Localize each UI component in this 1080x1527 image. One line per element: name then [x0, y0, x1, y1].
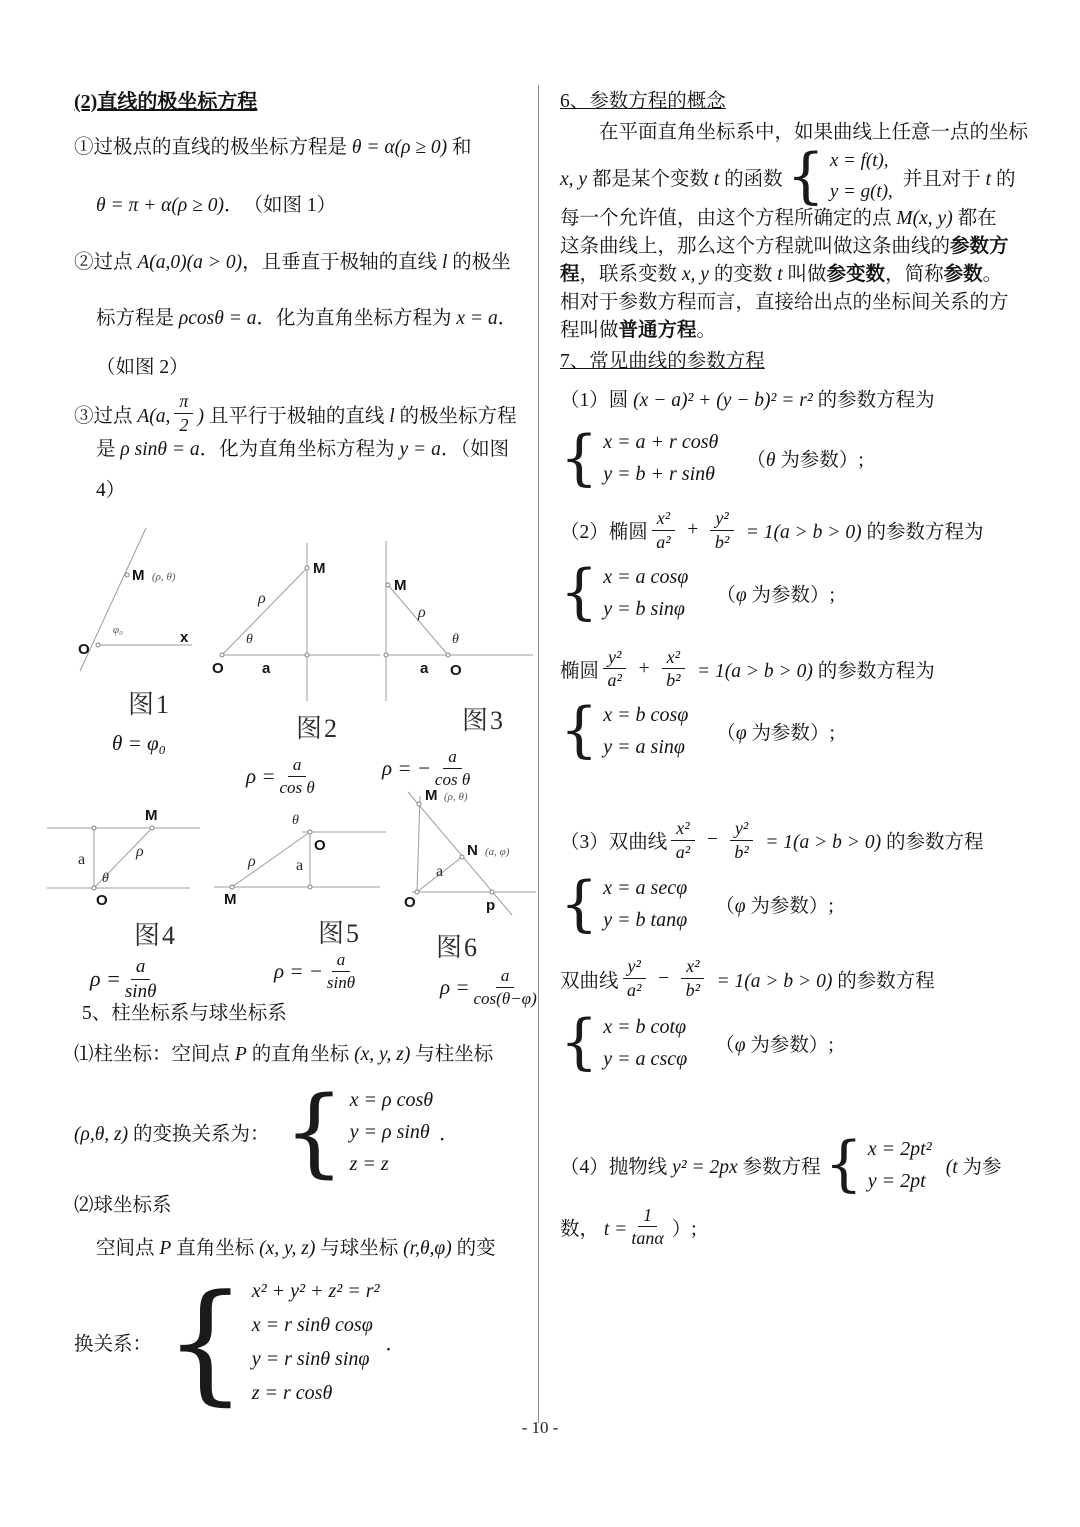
cases-group: { x² + y² + z² = r²x = r sinθ cosφy = r …	[164, 1274, 380, 1410]
fraction: y² b²	[730, 818, 753, 862]
para-line: 标方程是 ρcosθ = a．化为直角坐标方程为 x = a．	[74, 307, 536, 332]
theta-label: θ	[102, 871, 109, 886]
left-brace: {	[560, 568, 598, 617]
para-line: 相对于参数方程而言，直接给出点的坐标间关系的方	[560, 291, 1046, 319]
cases-group: { x = b cotφy = a cscφ	[560, 1011, 687, 1075]
distance-label: a	[436, 863, 443, 880]
left-column: (2)直线的极坐标方程 ①过极点的直线的极坐标方程是 θ = α(ρ ≥ 0) …	[74, 90, 536, 504]
formula-lhs: ρ =	[90, 966, 121, 992]
item-1-line: （1）圆 (x − a)² + (y − b)² = r² 的参数方程为	[560, 389, 1046, 414]
origin-label: O	[404, 894, 416, 911]
formula-lhs: ρ =	[246, 764, 276, 789]
origin-label: O	[450, 662, 462, 679]
rho-label: ρ	[257, 590, 266, 607]
cylindrical-equations: (ρ,θ, z) 的变换关系为： { x = ρ cosθy = ρ sinθz…	[74, 1084, 540, 1180]
item-3b-cases: { x = b cotφy = a cscφ （φ 为参数）;	[560, 1011, 1046, 1075]
para-block: 每一个允许值，由这个方程所确定的点 M(x, y) 都在 这条曲线上，那么这个方…	[560, 207, 1046, 347]
fraction-numerator: y²	[730, 818, 753, 841]
fraction: x² b²	[662, 647, 685, 691]
figure-caption: 图5	[318, 913, 394, 950]
formula-text: θ = φ₀	[112, 731, 166, 756]
para-line: θ = π + α(ρ ≥ 0)． （如图 1）	[74, 194, 536, 219]
fraction: y² a²	[603, 647, 626, 691]
cases-group: { x = a + r cosθy = b + r sinθ	[560, 426, 718, 490]
equation-rows: x = a secφy = b tanφ	[603, 872, 687, 936]
run-group: （3）双曲线	[560, 826, 667, 854]
para-line: （如图 2）	[74, 356, 536, 381]
para-line: 程，联系变数 x, y 的变数 t 叫做参变数，简称参数。	[560, 263, 1046, 291]
coords-label: (ρ, θ)	[152, 571, 176, 583]
rho-label: ρ	[135, 843, 144, 860]
fraction-numerator: a	[443, 747, 462, 769]
run-group: 数， t =	[560, 1213, 627, 1241]
coords-label: (a, φ)	[485, 846, 510, 858]
run-group: = 1(a > b > 0) 的参数方程	[716, 965, 934, 993]
fraction: y² b²	[710, 508, 733, 552]
fraction-denominator: 2	[179, 414, 188, 436]
fraction: x² b²	[681, 956, 704, 1000]
origin-label: O	[78, 641, 90, 658]
parameter-note: （φ 为参数）;	[716, 717, 835, 745]
para-line: 4）	[74, 479, 536, 504]
left-brace: {	[164, 1289, 247, 1396]
figure-5: θ O ρ a M 图5 ρ = − a sinθ	[212, 790, 394, 992]
item-3-line: （3）双曲线 x² a² − y² b² = 1(a > b > 0) 的参数方…	[560, 818, 1046, 862]
para-line-with-fraction: ③过点 A(a, π 2 ) 且平行于极轴的直线 l 的极坐标方程	[74, 391, 536, 435]
section-6-heading: 6、参数方程的概念	[560, 90, 1046, 115]
figure-3-diagram: M ρ θ a O	[378, 523, 543, 703]
left-column-lower: 5、柱坐标系与球坐标系 ⑴柱坐标：空间点 P 的直角坐标 (x, y, z) 与…	[74, 1002, 540, 1410]
operator: −	[706, 829, 719, 851]
fraction-denominator: a²	[676, 841, 690, 863]
run-group: = 1(a > b > 0) 的参数方程	[765, 826, 983, 854]
fraction-denominator: a²	[627, 979, 641, 1001]
equation-rows: x = ρ cosθy = ρ sinθz = z	[350, 1084, 433, 1180]
figure-4: M a ρ θ O 图4 ρ = a sinθ	[42, 790, 220, 1003]
run-group: 并且对于 t 的	[903, 163, 1016, 191]
point-label-M: M	[394, 577, 407, 594]
item-2b-line: 椭圆 y² a² + x² b² = 1(a > b > 0) 的参数方程为	[560, 647, 1046, 691]
run-group: (t 为参	[946, 1151, 1002, 1179]
fraction-denominator: a²	[656, 531, 670, 553]
item-2-line: （2）椭圆 x² a² + y² b² = 1(a > b > 0) 的参数方程…	[560, 508, 1046, 552]
document-page: (2)直线的极坐标方程 ①过极点的直线的极坐标方程是 θ = α(ρ ≥ 0) …	[0, 0, 1080, 1527]
run-group: (ρ,θ, z) 的变换关系为：	[74, 1118, 270, 1146]
cases-group: { x = a secφy = b tanφ	[560, 872, 687, 936]
figure-formula: ρ = a sinθ	[90, 956, 220, 1003]
para-line: 空间点 P 直角坐标 (x, y, z) 与球坐标 (r,θ,φ) 的变	[74, 1237, 540, 1262]
item-3b-line: 双曲线 y² a² − x² b² = 1(a > b > 0) 的参数方程	[560, 956, 1046, 1000]
page-number: - 10 -	[0, 1418, 1080, 1438]
left-brace: {	[560, 706, 598, 755]
run-group: ）;	[672, 1213, 697, 1241]
para-line: ②过点 A(a,0)(a > 0)，且垂直于极轴的直线 l 的极坐	[74, 251, 536, 276]
fraction-numerator: y²	[603, 647, 626, 670]
operator: −	[657, 968, 670, 990]
spherical-equations: 换关系： { x² + y² + z² = r²x = r sinθ cosφy…	[74, 1274, 540, 1410]
figure-6: M (ρ, θ) N (a, φ) a O p 图6 ρ = a cos(θ−φ…	[400, 782, 578, 1008]
operator: +	[686, 519, 699, 541]
item-2-cases: { x = a cosφy = b sinφ （φ 为参数）;	[560, 561, 1046, 625]
fraction-numerator: y²	[623, 956, 646, 979]
figure-4-diagram: M a ρ θ O	[42, 790, 220, 908]
left-brace: {	[825, 1140, 863, 1189]
theta-label: θ	[452, 632, 459, 647]
left-brace: {	[560, 434, 598, 483]
fraction: x² a²	[671, 818, 694, 862]
run-group: 双曲线	[560, 965, 619, 993]
fraction: x² a²	[652, 508, 675, 552]
parameter-note: （φ 为参数）;	[715, 890, 834, 918]
fraction-denominator: sinθ	[125, 980, 157, 1003]
fraction-numerator: x²	[652, 508, 675, 531]
equation-rows: x = a + r cosθy = b + r sinθ	[603, 426, 718, 490]
formula-lhs: ρ = −	[382, 756, 431, 781]
punctuation: ．	[439, 1118, 459, 1146]
section-heading: ⑵球坐标系	[74, 1194, 540, 1219]
formula-lhs: ρ =	[440, 975, 470, 1000]
punctuation: ．	[386, 1328, 406, 1356]
origin-label: O	[212, 660, 224, 677]
point-label-M: M	[425, 787, 438, 804]
item-2b-cases: { x = b cosφy = a sinφ （φ 为参数）;	[560, 699, 1046, 763]
figure-caption: 图3	[462, 700, 543, 737]
fraction: y² a²	[623, 956, 646, 1000]
para-line-with-cases: x, y 都是某个变数 t 的函数 { x = f(t),y = g(t), 并…	[560, 146, 1046, 207]
run-group: 椭圆	[560, 655, 599, 683]
figure-6-diagram: M (ρ, θ) N (a, φ) a O p	[400, 782, 578, 916]
run-group: ③过点 A(a,	[74, 400, 170, 428]
cases-group: { x = b cosφy = a sinφ	[560, 699, 688, 763]
fraction-denominator: tanα	[631, 1227, 663, 1249]
distance-label: a	[296, 857, 303, 874]
run-group: x, y 都是某个变数 t 的函数	[560, 163, 783, 191]
item-3-cases: { x = a secφy = b tanφ （φ 为参数）;	[560, 872, 1046, 936]
fraction-numerator: a	[332, 950, 351, 972]
fraction: a sinθ	[125, 956, 157, 1003]
run-group: = 1(a > b > 0) 的参数方程为	[746, 516, 984, 544]
equation-rows: x = f(t),y = g(t),	[830, 146, 893, 207]
equation-rows: x = b cotφy = a cscφ	[603, 1011, 687, 1075]
point-label-M: M	[145, 807, 158, 824]
fraction-numerator: x²	[662, 647, 685, 670]
fraction: 1 tanα	[631, 1205, 663, 1249]
figure-caption: 图4	[134, 915, 220, 952]
fraction-denominator: b²	[686, 979, 700, 1001]
fraction-denominator: b²	[734, 841, 748, 863]
equation-rows: x² + y² + z² = r²x = r sinθ cosφy = r si…	[252, 1274, 380, 1410]
fraction: a sinθ	[327, 950, 355, 992]
rho-label: ρ	[417, 604, 426, 621]
figure-2-diagram: M ρ θ O a	[212, 523, 384, 703]
para-line: 是 ρ sinθ = a．化为直角坐标方程为 y = a．（如图	[74, 438, 536, 463]
cases-group: { x = a cosφy = b sinφ	[560, 561, 688, 625]
figure-2: M ρ θ O a 图2 ρ = a cos θ	[212, 523, 384, 797]
run-group: ) 且平行于极轴的直线 l 的极坐标方程	[197, 400, 516, 428]
left-brace: {	[560, 1018, 598, 1067]
run-group: （4）抛物线 y² = 2px 参数方程	[560, 1151, 821, 1179]
item-4-line: （4）抛物线 y² = 2px 参数方程 { x = 2pt²y = 2pt (…	[560, 1133, 1046, 1197]
item-1-cases: { x = a + r cosθy = b + r sinθ （θ 为参数）;	[560, 426, 1046, 490]
origin-label: O	[96, 892, 108, 908]
para-line: ①过极点的直线的极坐标方程是 θ = α(ρ ≥ 0) 和	[74, 136, 536, 161]
rho-label: ρ	[247, 853, 256, 870]
axis-label: x	[180, 629, 189, 646]
equation-rows: x = 2pt²y = 2pt	[868, 1133, 932, 1197]
fraction-denominator: sinθ	[327, 972, 355, 993]
fraction-numerator: y²	[710, 508, 733, 531]
run-group: 换关系：	[74, 1328, 152, 1356]
left-brace: {	[284, 1093, 345, 1172]
fraction-numerator: π	[174, 391, 193, 414]
fraction-denominator: a²	[608, 669, 622, 691]
para-line: 这条曲线上，那么这个方程就叫做这条曲线的参数方	[560, 235, 1046, 263]
fraction-numerator: a	[288, 755, 307, 777]
distance-label: a	[262, 660, 271, 677]
figure-caption: 图2	[296, 708, 384, 745]
theta-label: θ	[292, 813, 299, 828]
para-line: 每一个允许值，由这个方程所确定的点 M(x, y) 都在	[560, 207, 1046, 235]
fraction-denominator: b²	[666, 669, 680, 691]
origin-label: O	[314, 837, 326, 854]
parameter-note: （θ 为参数）;	[746, 444, 863, 472]
theta-label: θ	[246, 632, 253, 647]
run-group: = 1(a > b > 0) 的参数方程为	[697, 655, 935, 683]
coords-label: (ρ, θ)	[444, 791, 468, 803]
cases-group: { x = ρ cosθy = ρ sinθz = z	[284, 1084, 434, 1180]
fraction-numerator: a	[131, 956, 151, 980]
point-label-M: M	[132, 567, 145, 584]
figure-caption: 图6	[436, 927, 578, 964]
run-group: （2）椭圆	[560, 516, 648, 544]
fraction-denominator: b²	[715, 531, 729, 553]
cases-group: { x = 2pt²y = 2pt	[825, 1133, 932, 1197]
para-line: 程叫做普通方程。	[560, 319, 1046, 347]
fraction-numerator: x²	[671, 818, 694, 841]
point-label-M: M	[224, 891, 237, 908]
left-brace: {	[560, 880, 598, 929]
item-4-line-2: 数， t = 1 tanα ）;	[560, 1205, 1046, 1249]
figure-3: M ρ θ a O 图3 ρ = − a cos θ	[378, 523, 543, 789]
fraction-numerator: 1	[638, 1205, 657, 1228]
parameter-note: （φ 为参数）;	[715, 1029, 834, 1057]
equation-rows: x = a cosφy = b sinφ	[603, 561, 688, 625]
distance-label: a	[78, 851, 85, 868]
point-label-N: N	[467, 842, 478, 859]
right-column: 6、参数方程的概念 在平面直角坐标系中，如果曲线上任意一点的坐标 x, y 都是…	[560, 90, 1046, 1249]
left-brace: {	[787, 152, 825, 201]
distance-label: a	[420, 660, 429, 677]
point-label-p: p	[486, 897, 495, 914]
operator: +	[637, 658, 650, 680]
point-label-M: M	[313, 560, 326, 577]
formula-lhs: ρ = −	[274, 959, 323, 984]
cases-group: { x = f(t),y = g(t),	[787, 146, 893, 207]
fraction-numerator: x²	[681, 956, 704, 979]
para-line: ⑴柱坐标：空间点 P 的直角坐标 (x, y, z) 与柱坐标	[74, 1043, 540, 1068]
section-7-heading: 7、常见曲线的参数方程	[560, 350, 1046, 375]
figure-formula: ρ = − a sinθ	[274, 950, 394, 992]
parameter-note: （φ 为参数）;	[716, 579, 835, 607]
angle-label: φ₀	[113, 624, 123, 636]
equation-rows: x = b cosφy = a sinφ	[603, 699, 688, 763]
section-5-heading: 5、柱坐标系与球坐标系	[74, 1002, 540, 1027]
figure-5-diagram: θ O ρ a M	[212, 790, 394, 908]
left-heading: (2)直线的极坐标方程	[74, 90, 536, 116]
fraction: π 2	[174, 391, 193, 435]
fraction-numerator: a	[496, 966, 515, 988]
